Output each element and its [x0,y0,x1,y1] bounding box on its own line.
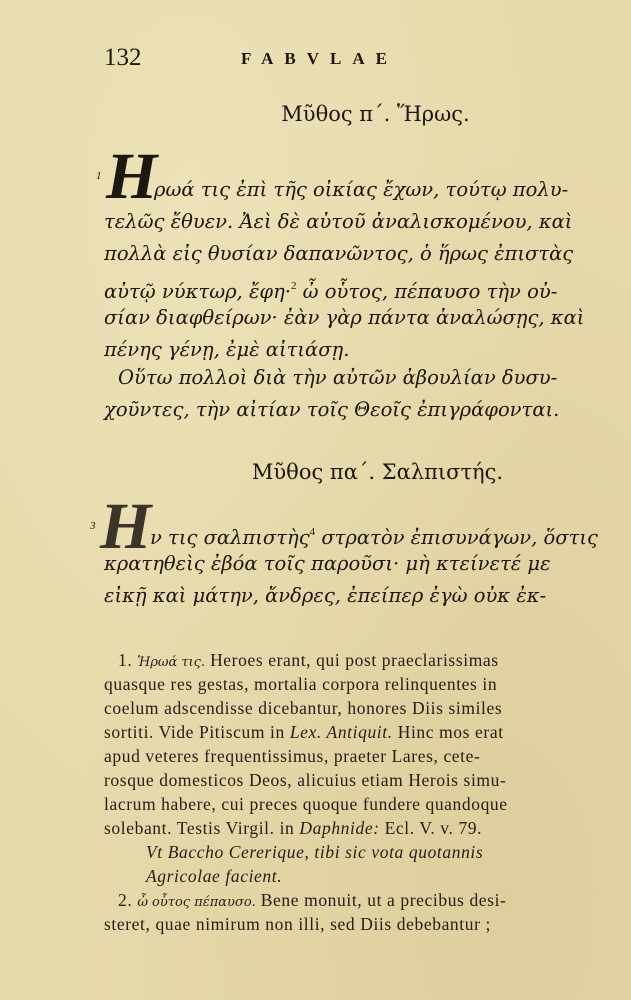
note-line: coelum adscendisse dicebantur, honores D… [104,696,502,720]
text-line: κρατηθεὶς ἐβόα τοῖς παροῦσι· μὴ κτείνετέ… [104,548,551,580]
moral-line: χοῦντες, τὴν αἰτίαν τοῖς Θεοῖς ἐπιγράφον… [104,394,559,426]
note-lemma: Ἡρωά τις. [137,655,205,670]
note-number: 2. [118,890,132,910]
footnote-marker: 4 [310,526,316,538]
note-line: sortiti. Vide Pitiscum in Lex. Antiquit.… [104,720,504,744]
footnote-marker: 1 [96,170,102,182]
text-line: τελῶς ἔθυεν. Ἀεὶ δὲ αὐτοῦ ἀναλισκομένου,… [104,206,572,238]
text-line: εἰκῇ καὶ μάτην, ἄνδρες, ἐπείπερ ἐγὼ οὐκ … [104,580,546,612]
note-lemma: ὦ οὗτος πέπαυσο. [137,895,255,910]
verse-text: Agricolae facient. [146,866,282,886]
note-text: Bene monuit, ut a precibus desi- [261,890,507,910]
footnote-marker: 2 [291,280,297,292]
note-text: Ecl. V. v. 79. [385,818,483,838]
note-line: 1. Ἡρωά τις. Heroes erant, qui post prae… [118,648,499,672]
text-fragment: ὦ οὗτος, πέπαυσο τὴν οὐ- [303,280,558,303]
text-line: αὐτῷ νύκτωρ, ἔφη·2 ὦ οὗτος, πέπαυσο τὴν … [104,270,557,302]
text-fragment: αὐτῷ νύκτωρ, ἔφη· [104,280,291,303]
book-page: 132 FABVLAE Μῦθος π΄. Ἥρως. 1 Η ρωά τις … [0,0,631,1000]
text-line: πολλὰ εἰς θυσίαν δαπανῶντος, ὁ ἥρως ἐπισ… [104,238,573,270]
page-header: 132 FABVLAE [104,44,564,78]
fable-title-trumpeter: Μῦθος πα΄. Σαλπιστής. [62,460,631,484]
text-line: ρωά τις ἐπὶ τῆς οἰκίας ἔχων, τούτῳ πολυ- [154,174,568,206]
note-text: solebant. Testis Virgil. in [104,818,294,838]
text-line: σίαν διαφθείρων· ἐὰν γὰρ πάντα ἀναλώσῃς,… [104,302,584,334]
note-line: lacrum habere, cui preces quoque fundere… [104,792,508,816]
verse-line: Agricolae facient. [146,864,282,888]
note-text: sortiti. Vide Pitiscum in [104,722,285,742]
footnote-marker: 3 [90,520,96,532]
text-fragment: ν τις σαλπιστὴς [150,526,310,549]
page-number: 132 [104,44,142,72]
note-line: steret, quae nimirum non illi, sed Diis … [104,912,491,936]
verse-text: Vt Baccho Cererique, tibi sic vota quota… [146,842,483,862]
note-line: quasque res gestas, mortalia corpora rel… [104,672,497,696]
note-text: Hinc mos erat [398,722,504,742]
note-line: apud veteres frequentissimus, praeter La… [104,744,480,768]
text-fragment: στρατὸν ἐπισυνάγων, ὅστις [321,526,598,549]
note-citation: Lex. Antiquit. [290,722,393,742]
drop-cap: Η [106,144,157,210]
verse-line: Vt Baccho Cererique, tibi sic vota quota… [146,840,483,864]
running-title: FABVLAE [241,49,398,69]
note-citation: Daphnide: [299,818,379,838]
note-line: rosque domesticos Deos, alicuius etiam H… [104,768,506,792]
moral-line: Οὕτω πολλοὶ διὰ τὴν αὐτῶν ἀβουλίαν δυσυ- [118,362,557,394]
note-line: solebant. Testis Virgil. in Daphnide: Ec… [104,816,482,840]
note-number: 1. [118,650,132,670]
fable-title-heros: Μῦθος π΄. Ἥρως. [60,102,631,126]
note-line: 2. ὦ οὗτος πέπαυσο. Bene monuit, ut a pr… [118,888,506,912]
text-line: ν τις σαλπιστὴς4 στρατὸν ἐπισυνάγων, ὅστ… [150,516,598,548]
note-text: Heroes erant, qui post praeclarissimas [210,650,499,670]
